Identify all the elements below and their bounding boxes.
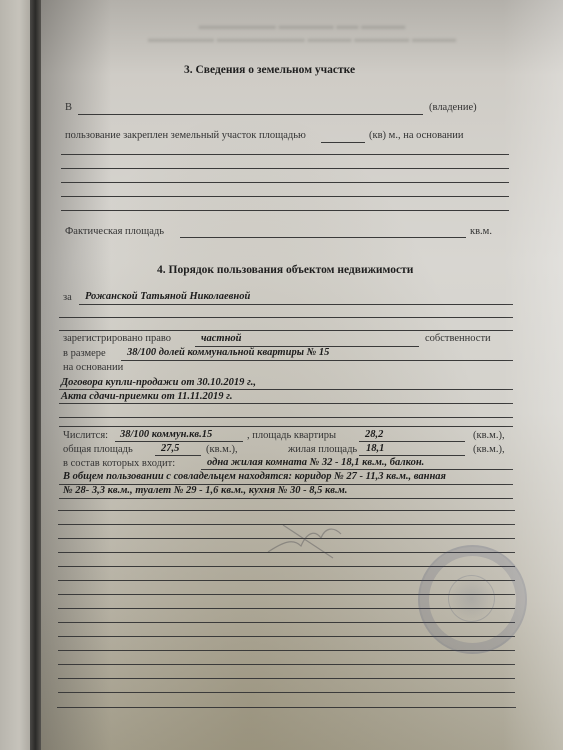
basis-field-line-2[interactable] [59, 403, 513, 404]
right-type-value: частной [201, 333, 242, 344]
actual-area-unit: кв.м. [470, 226, 492, 237]
empty-line[interactable] [58, 692, 515, 693]
flat-area-unit: (кв.м.), [473, 430, 505, 441]
signature-icon [263, 520, 353, 560]
composition-field-line[interactable] [201, 469, 513, 470]
total-area-field-line[interactable] [155, 455, 201, 456]
flat-area-field-line[interactable] [359, 441, 465, 442]
total-area-value: 27,5 [161, 443, 179, 454]
empty-line[interactable] [58, 650, 515, 651]
listed-field-line[interactable] [115, 441, 243, 442]
common-use-field-line-2[interactable] [59, 498, 513, 499]
share-label: в размере [63, 348, 106, 359]
basis-line-5[interactable] [61, 210, 509, 211]
basis-line-2[interactable] [61, 168, 509, 169]
bleed-through-text: ▬▬▬▬▬▬ ▬▬▬▬▬▬▬▬ ▬▬▬▬ ▬▬▬▬▬ ▬▬▬▬ [41, 33, 563, 45]
section3-title: 3. Сведения о земельном участке [184, 64, 355, 76]
bleed-through-text: ▬▬▬▬▬▬▬ ▬▬▬▬▬ ▬▬ ▬▬▬▬ [41, 20, 563, 32]
basis-line-1[interactable] [61, 154, 509, 155]
total-area-label: общая площадь [63, 444, 133, 455]
empty-line[interactable] [57, 707, 516, 708]
holder-extra-line-2[interactable] [59, 330, 513, 331]
share-value: 38/100 долей коммунальной квартиры № 15 [127, 347, 329, 358]
basis-line-4[interactable] [61, 196, 509, 197]
basis-document-2: Акта сдачи-приемки от 11.11.2019 г. [61, 391, 233, 402]
land-plot-suffix: (кв) м., на основании [369, 130, 463, 141]
ownership-field-line[interactable] [78, 114, 423, 115]
document-page: ▬▬▬▬▬▬▬ ▬▬▬▬▬ ▬▬ ▬▬▬▬ ▬▬▬▬▬▬ ▬▬▬▬▬▬▬▬ ▬▬… [41, 0, 563, 750]
ownership-prefix: В [65, 102, 72, 113]
empty-line[interactable] [58, 664, 515, 665]
composition-label: в состав которых входит: [63, 458, 175, 469]
actual-area-label: Фактическая площадь [65, 226, 164, 237]
basis-field-line-1[interactable] [59, 389, 513, 390]
empty-line[interactable] [58, 510, 515, 511]
holder-field-line[interactable] [79, 304, 513, 305]
basis-label: на основании [63, 362, 123, 373]
listed-value: 38/100 коммун.кв.15 [120, 429, 212, 440]
common-use-line-2: № 28- 3,3 кв.м., туалет № 29 - 1,6 кв.м.… [63, 485, 347, 496]
listed-label: Числится: [63, 430, 108, 441]
empty-line[interactable] [58, 678, 515, 679]
holder-prefix: за [63, 292, 72, 303]
ownership-suffix: (владение) [429, 102, 477, 113]
flat-area-label: , площадь квартиры [247, 430, 336, 441]
share-field-line[interactable] [121, 360, 513, 361]
composition-value: одна жилая комната № 32 - 18,1 кв.м., ба… [207, 457, 424, 468]
right-label: зарегистрировано право [63, 333, 171, 344]
land-plot-label: пользование закреплен земельный участок … [65, 130, 306, 141]
basis-field-line-4[interactable] [59, 426, 513, 427]
underlying-page-edge [0, 0, 32, 750]
section4-title: 4. Порядок пользования объектом недвижим… [157, 264, 413, 276]
living-area-unit: (кв.м.), [473, 444, 505, 455]
basis-document-1: Договора купли-продажи от 30.10.2019 г., [61, 377, 256, 388]
actual-area-field-line[interactable] [180, 237, 466, 238]
seal-stamp-icon [418, 545, 527, 654]
flat-area-value: 28,2 [365, 429, 383, 440]
holder-extra-line[interactable] [59, 317, 513, 318]
total-area-unit: (кв.м.), [206, 444, 238, 455]
right-suffix: собственности [425, 333, 491, 344]
seal-emblem-icon [448, 575, 495, 622]
basis-field-line-3[interactable] [59, 417, 513, 418]
holder-name: Рожанской Татьяной Николаевной [85, 291, 250, 302]
common-use-line-1: В общем пользовании с совладельцем наход… [63, 471, 446, 482]
basis-line-3[interactable] [61, 182, 509, 183]
living-area-value: 18,1 [366, 443, 384, 454]
living-area-field-line[interactable] [359, 455, 465, 456]
living-area-label: жилая площадь [288, 444, 357, 455]
land-area-field-line[interactable] [321, 142, 365, 143]
